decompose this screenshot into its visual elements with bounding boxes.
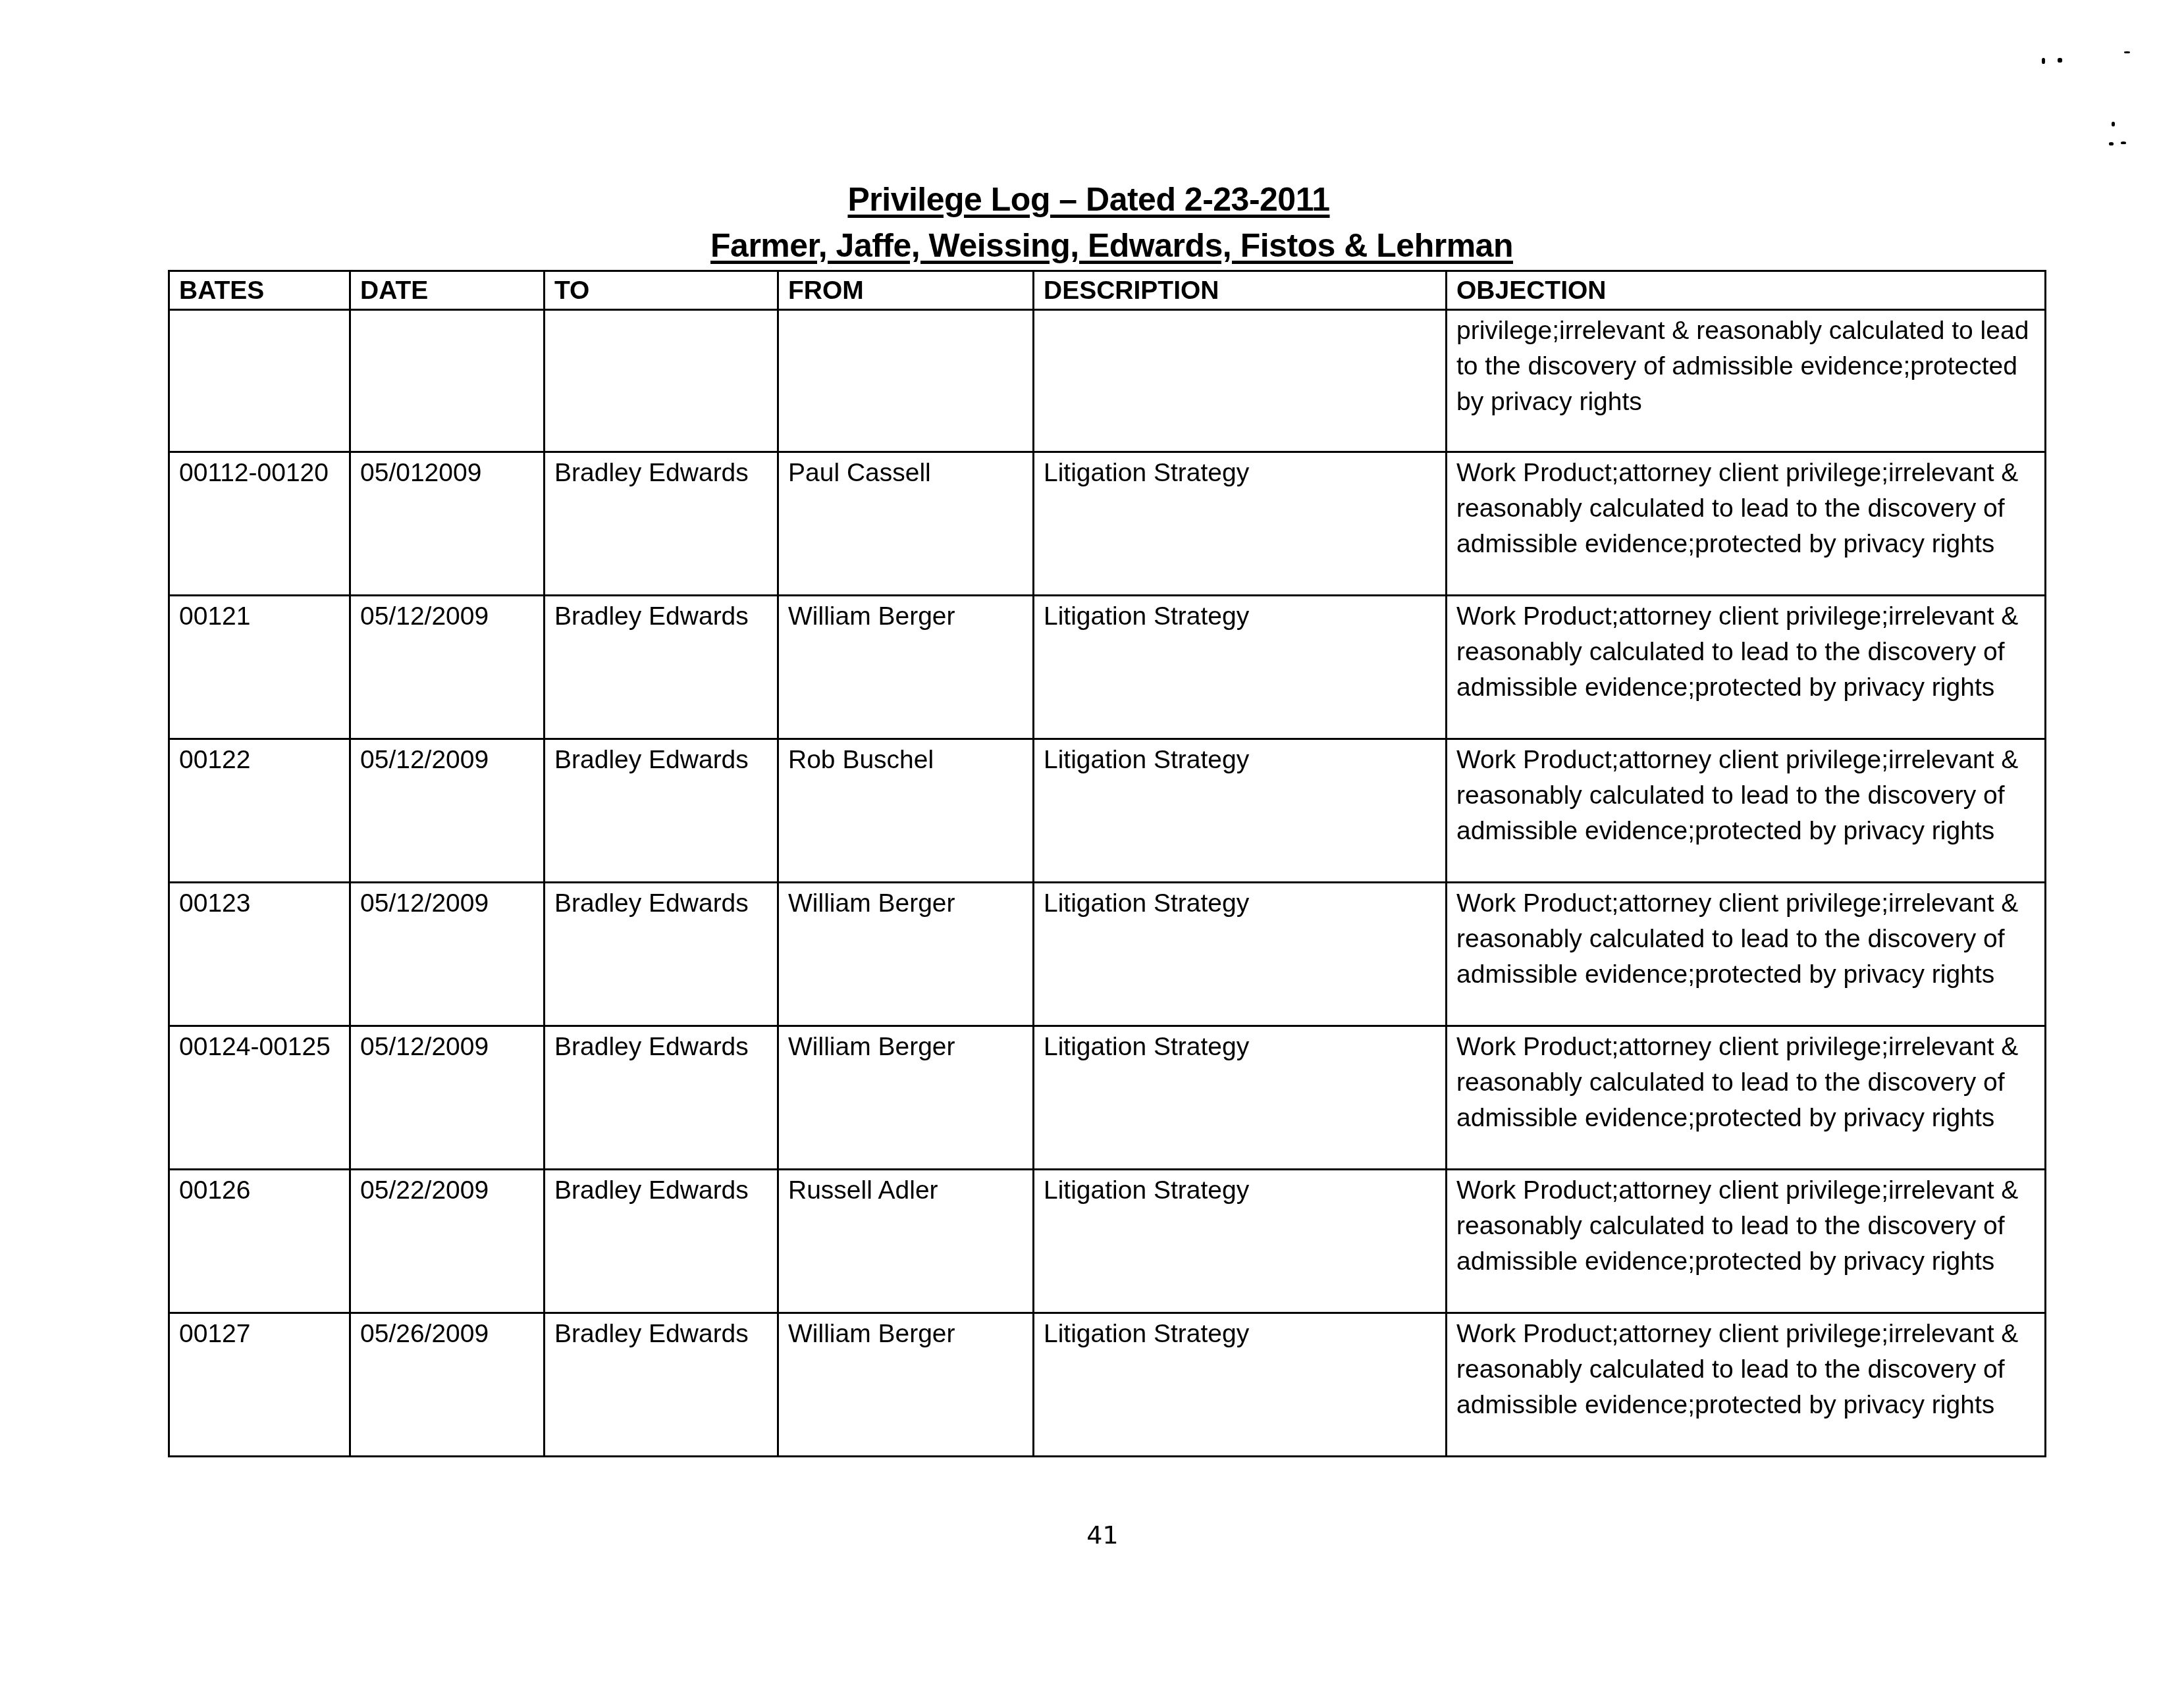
table-row: 0012205/12/2009Bradley EdwardsRob Busche… [169, 739, 2046, 883]
cell-objection: Work Product;attorney client privilege;i… [1447, 1170, 2046, 1313]
cell-date [350, 310, 545, 452]
cell-objection: Work Product;attorney client privilege;i… [1447, 1313, 2046, 1457]
cell-from: William Berger [778, 883, 1034, 1026]
table-row: 0012105/12/2009Bradley EdwardsWilliam Be… [169, 596, 2046, 739]
cell-description: Litigation Strategy [1034, 596, 1447, 739]
cell-bates: 00127 [169, 1313, 350, 1457]
column-header-bates: BATES [169, 271, 350, 310]
cell-from: Paul Cassell [778, 452, 1034, 596]
scan-artifact [2112, 122, 2115, 126]
cell-to: Bradley Edwards [545, 1026, 778, 1170]
table-row: 0012305/12/2009Bradley EdwardsWilliam Be… [169, 883, 2046, 1026]
scan-artifact [2058, 58, 2062, 63]
column-header-description: DESCRIPTION [1034, 271, 1447, 310]
cell-to: Bradley Edwards [545, 1170, 778, 1313]
column-header-from: FROM [778, 271, 1034, 310]
cell-to: Bradley Edwards [545, 739, 778, 883]
cell-to: Bradley Edwards [545, 452, 778, 596]
cell-to: Bradley Edwards [545, 1313, 778, 1457]
cell-date: 05/12/2009 [350, 596, 545, 739]
table-row: 00124-0012505/12/2009Bradley EdwardsWill… [169, 1026, 2046, 1170]
cell-description: Litigation Strategy [1034, 452, 1447, 596]
cell-bates: 00124-00125 [169, 1026, 350, 1170]
cell-bates: 00126 [169, 1170, 350, 1313]
table-row: privilege;irrelevant & reasonably calcul… [169, 310, 2046, 452]
table-row: 0012605/22/2009Bradley EdwardsRussell Ad… [169, 1170, 2046, 1313]
document-subtitle: Farmer, Jaffe, Weissing, Edwards, Fistos… [40, 222, 2184, 269]
cell-from [778, 310, 1034, 452]
column-header-to: TO [545, 271, 778, 310]
table-header-row: BATES DATE TO FROM DESCRIPTION OBJECTION [169, 271, 2046, 310]
cell-date: 05/12/2009 [350, 1026, 545, 1170]
cell-description [1034, 310, 1447, 452]
cell-from: William Berger [778, 1026, 1034, 1170]
cell-objection: privilege;irrelevant & reasonably calcul… [1447, 310, 2046, 452]
cell-date: 05/012009 [350, 452, 545, 596]
cell-from: William Berger [778, 1313, 1034, 1457]
scan-artifact [2042, 58, 2045, 64]
cell-date: 05/26/2009 [350, 1313, 545, 1457]
cell-objection: Work Product;attorney client privilege;i… [1447, 739, 2046, 883]
cell-bates: 00123 [169, 883, 350, 1026]
document-title-text: Privilege Log – Dated 2-23-2011 [847, 181, 1329, 218]
cell-description: Litigation Strategy [1034, 739, 1447, 883]
cell-objection: Work Product;attorney client privilege;i… [1447, 452, 2046, 596]
page-number: 41 [11, 1521, 2184, 1550]
cell-bates: 00112-00120 [169, 452, 350, 596]
cell-bates: 00122 [169, 739, 350, 883]
cell-date: 05/12/2009 [350, 883, 545, 1026]
table-body: privilege;irrelevant & reasonably calcul… [169, 310, 2046, 1457]
cell-date: 05/12/2009 [350, 739, 545, 883]
cell-objection: Work Product;attorney client privilege;i… [1447, 1026, 2046, 1170]
cell-objection: Work Product;attorney client privilege;i… [1447, 596, 2046, 739]
privilege-log-table: BATES DATE TO FROM DESCRIPTION OBJECTION… [168, 270, 2046, 1457]
cell-from: Rob Buschel [778, 739, 1034, 883]
table-row: 00112-0012005/012009Bradley EdwardsPaul … [169, 452, 2046, 596]
scan-artifact [2109, 142, 2114, 145]
cell-to [545, 310, 778, 452]
cell-bates [169, 310, 350, 452]
cell-to: Bradley Edwards [545, 883, 778, 1026]
document-subtitle-text: Farmer, Jaffe, Weissing, Edwards, Fistos… [710, 227, 1513, 264]
cell-bates: 00121 [169, 596, 350, 739]
cell-description: Litigation Strategy [1034, 883, 1447, 1026]
cell-from: William Berger [778, 596, 1034, 739]
cell-description: Litigation Strategy [1034, 1313, 1447, 1457]
document-title: Privilege Log – Dated 2-23-2011 [0, 176, 2184, 222]
column-header-objection: OBJECTION [1447, 271, 2046, 310]
cell-objection: Work Product;attorney client privilege;i… [1447, 883, 2046, 1026]
scan-artifact [2121, 142, 2126, 144]
cell-to: Bradley Edwards [545, 596, 778, 739]
column-header-date: DATE [350, 271, 545, 310]
document-title-block: Privilege Log – Dated 2-23-2011 Farmer, … [0, 176, 2184, 269]
scan-artifact [2124, 51, 2130, 53]
cell-date: 05/22/2009 [350, 1170, 545, 1313]
cell-from: Russell Adler [778, 1170, 1034, 1313]
table-row: 0012705/26/2009Bradley EdwardsWilliam Be… [169, 1313, 2046, 1457]
cell-description: Litigation Strategy [1034, 1026, 1447, 1170]
cell-description: Litigation Strategy [1034, 1170, 1447, 1313]
